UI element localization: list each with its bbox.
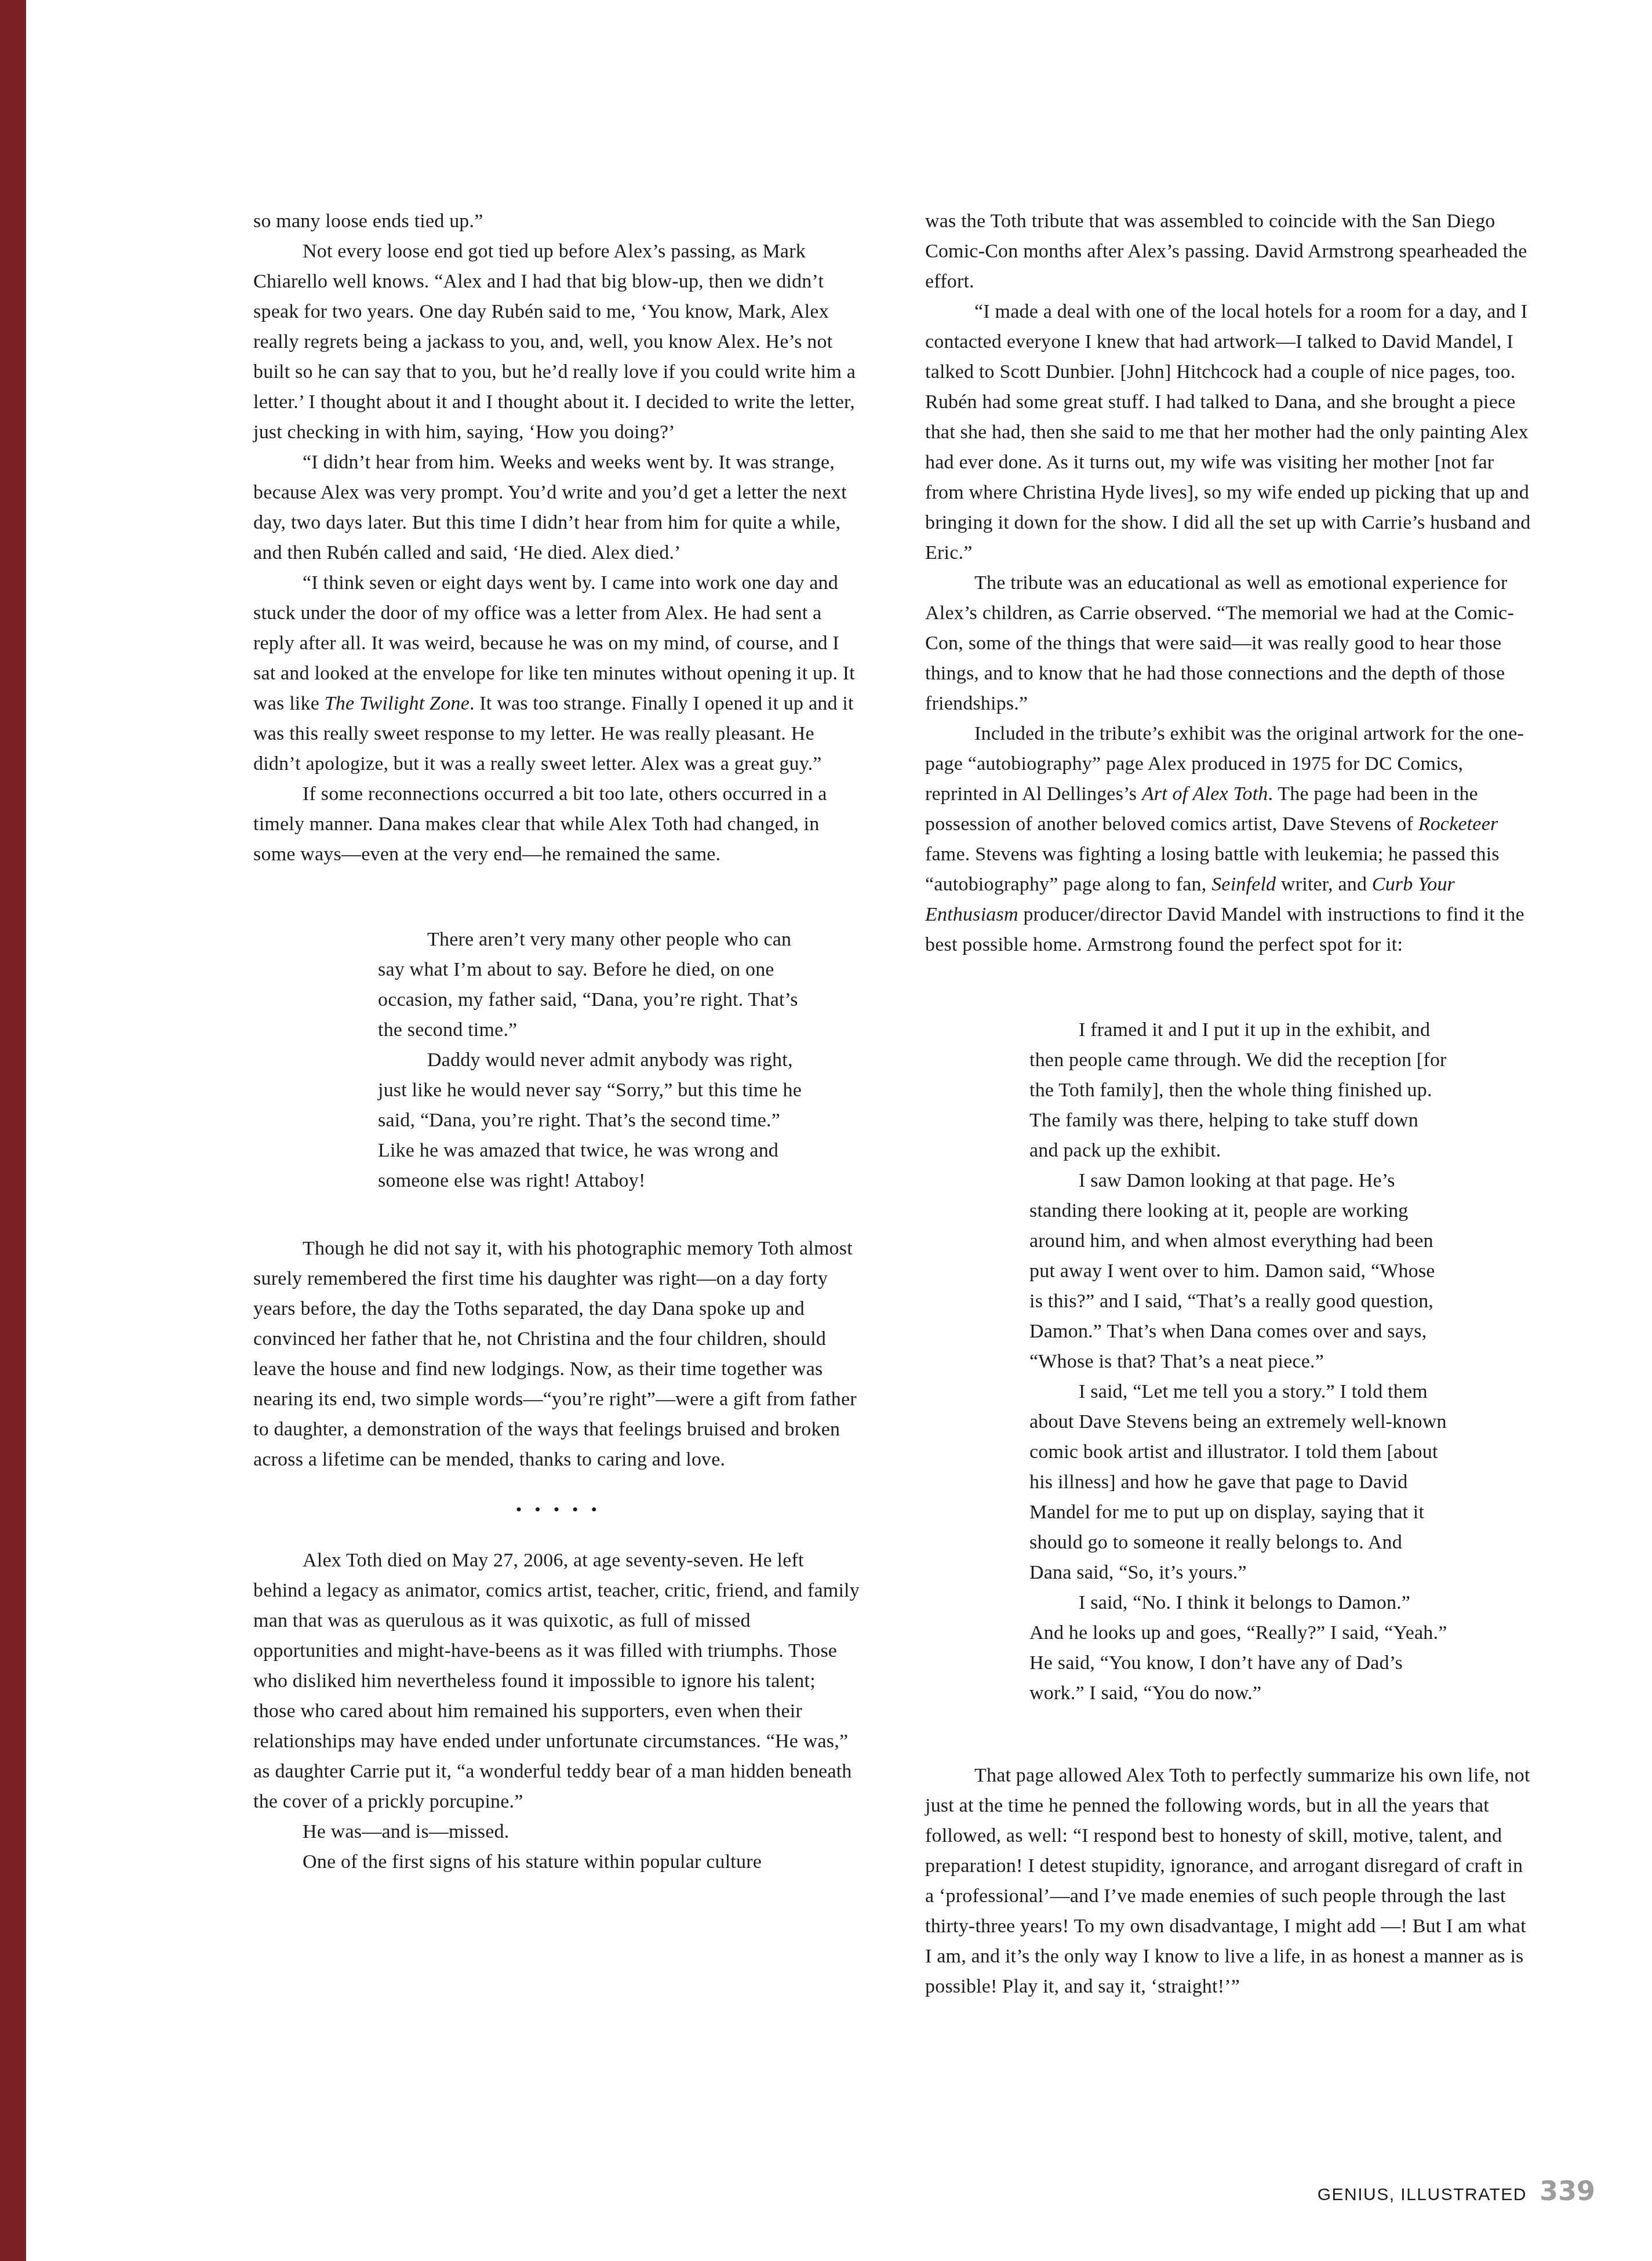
- quote-paragraph: I said, “No. I think it belongs to Damon…: [1029, 1588, 1448, 1709]
- body-paragraph: Included in the tribute’s exhibit was th…: [925, 719, 1535, 960]
- body-paragraph: “I think seven or eight days went by. I …: [253, 568, 860, 779]
- body-paragraph: The tribute was an educational as well a…: [925, 568, 1535, 719]
- body-paragraph: One of the first signs of his stature wi…: [253, 1847, 860, 1877]
- quote-paragraph: I saw Damon looking at that page. He’s s…: [1029, 1166, 1448, 1377]
- body-paragraph: “I made a deal with one of the local hot…: [925, 297, 1535, 568]
- block-quote: I framed it and I put it up in the exhib…: [1029, 1015, 1448, 1709]
- page-footer: GENIUS, ILLUSTRATED 339: [1318, 2175, 1595, 2207]
- section-divider: • • • • •: [253, 1495, 860, 1525]
- body-paragraph: Not every loose end got tied up before A…: [253, 237, 860, 448]
- body-paragraph: That page allowed Alex Toth to perfectly…: [925, 1761, 1535, 2002]
- quote-paragraph: There aren’t very many other people who …: [378, 925, 810, 1045]
- book-title: GENIUS, ILLUSTRATED: [1318, 2185, 1527, 2205]
- left-column: so many loose ends tied up.” Not every l…: [253, 206, 860, 1877]
- quote-paragraph: Daddy would never admit anybody was righ…: [378, 1045, 810, 1196]
- book-page: { "page": { "background": "#ffffff", "te…: [0, 0, 1652, 2261]
- body-paragraph: was the Toth tribute that was assembled …: [925, 206, 1535, 297]
- quote-paragraph: I said, “Let me tell you a story.” I tol…: [1029, 1377, 1448, 1588]
- page-edge-strip: [0, 0, 26, 2261]
- page-number: 339: [1540, 2175, 1595, 2207]
- block-quote: There aren’t very many other people who …: [378, 925, 810, 1196]
- body-paragraph: He was—and is—missed.: [253, 1817, 860, 1847]
- body-paragraph: If some reconnections occurred a bit too…: [253, 779, 860, 870]
- body-paragraph: so many loose ends tied up.”: [253, 206, 860, 237]
- right-column: was the Toth tribute that was assembled …: [925, 206, 1535, 2002]
- body-paragraph: Alex Toth died on May 27, 2006, at age s…: [253, 1546, 860, 1817]
- body-paragraph: “I didn’t hear from him. Weeks and weeks…: [253, 448, 860, 568]
- quote-paragraph: I framed it and I put it up in the exhib…: [1029, 1015, 1448, 1166]
- body-paragraph: Though he did not say it, with his photo…: [253, 1234, 860, 1475]
